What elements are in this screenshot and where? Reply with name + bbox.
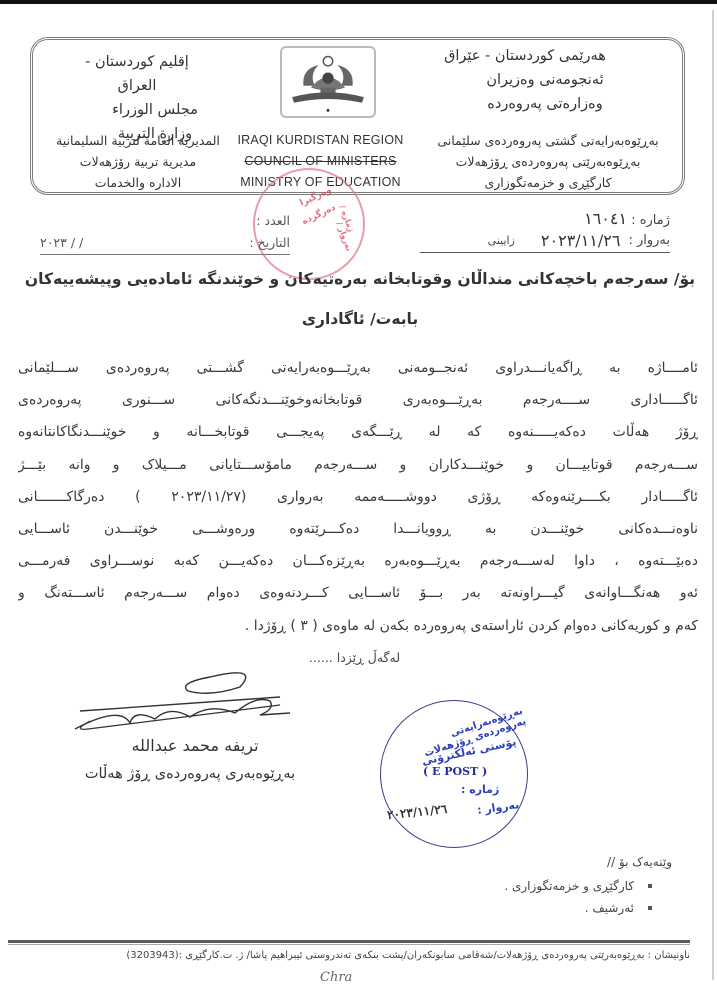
footer-divider-thin [8,944,690,945]
body-line: ئاگـــــادار بکــــرێنەوەکە ڕۆژی دووشـــ… [18,481,698,513]
arabic-number-label: العدد : [256,213,290,228]
body-line: کەم و کوریەکانی دەوام کردن ئاراستەی پەرو… [18,610,698,642]
stamp-number-label: ژمارە : [461,783,499,796]
letter-body: ئامــــاژە بە ڕاگەیانـــدراوی ئەنجــومەن… [18,352,698,642]
stamp-date-label: بەروار : [476,798,520,817]
body-line: ئامــــاژە بە ڕاگەیانـــدراوی ئەنجــومەن… [18,352,698,384]
letterhead-kurdish-sub: بەڕێوەبەرایەتی گشتی پەروەردەی سلێمانی بە… [418,130,678,193]
arabic-region: إقليم كوردستان - العراق [77,50,197,98]
arabic-reference: العدد : التاريخ : / / ٢٠٢٣ [40,210,290,255]
footer-brand: Chra [320,970,352,985]
kurdish-date-label: بەروار : [628,230,670,252]
body-line: ڕۆژ هەڵات دەکەیـــــنەوە کە لە ڕێـــگەی … [18,416,698,448]
footer-address: ناونیشان : بەڕێوەبەرێتی پەروەردەی ڕۆژهەل… [30,950,690,961]
arabic-date-value: / / ٢٠٢٣ [40,232,83,254]
kurdish-directorate-general: بەڕێوەبەرایەتی گشتی پەروەردەی سلێمانی [418,130,678,151]
letterhead-arabic-sub: المديرية العامة لتربية السليمانية مديرية… [38,130,238,193]
arabic-department: الاداره والخدمات [38,172,238,193]
copy-item: کارگێڕی و خزمەتگوزاری . [440,875,652,897]
closing-regards: لەگەڵ ڕێزدا ...... [200,650,400,665]
body-line: ناوەنـــدەکانی خوێنـــدن بە ڕوویانـــدا … [18,513,698,545]
body-line: ئەو هەنگـــاوانەی گیـــراونەتە بەر بـــۆ… [18,577,698,609]
kurdish-date-row: بەروار : ٢٠٢٣/١١/٢٦ زایینی [420,230,670,253]
kurdish-directorate: بەڕێوەبەرێتی پەروەردەی ڕۆژهەلات [418,151,678,172]
kurdish-number-value: ١٦٠٤١ [584,209,627,228]
letterhead-kurdish: هەرێمی کوردستان - عێراق ئەنجومەنی وەزیرا… [440,44,650,116]
kurdish-council: ئەنجومەنی وەزیران [440,68,650,92]
kurdish-number-row: ژمارە : ١٦٠٤١ [420,208,670,230]
body-line: ئاگـــــاداری ســــەرجەم بەڕێـــوەبەری ق… [18,384,698,416]
body-line: دەبێـــتەوە ، داوا لەســـەرجەم بەڕێـــوە… [18,545,698,577]
subject-line: بابەت/ ئاگاداری [20,310,700,328]
kurdish-number-label: ژمارە : [631,213,670,228]
kurdish-reference: ژمارە : ١٦٠٤١ بەروار : ٢٠٢٣/١١/٢٦ زایینی [420,208,670,253]
arabic-date-label: التاريخ : [249,232,290,254]
body-line: ســـەرجەم قوتابیـــان و خوێنـــدکاران و … [18,449,698,481]
top-border [0,0,717,4]
arabic-council: مجلس الوزراء [95,98,215,122]
stamp-epost-english: ( E POST ) [423,765,487,778]
copies-title: وێنەیەک بۆ // [440,855,672,869]
copies-list: کارگێڕی و خزمەتگوزاری . ئەرشیف . [440,875,672,919]
copies-section: وێنەیەک بۆ // کارگێڕی و خزمەتگوزاری . ئە… [440,855,672,919]
handwritten-signature [60,665,300,735]
kurdistan-emblem-icon [280,46,376,118]
arabic-number-row: العدد : [40,210,290,232]
kurdish-date-suffix: زایینی [488,230,515,252]
kurdish-region: هەرێمی کوردستان - عێراق [420,44,630,68]
epost-stamp: بەڕێوەبەرایەتی پەروەردەی ڕۆژهەلات پۆستی … [380,700,528,848]
recipient-line: بۆ/ سەرجەم باخچەکانی منداڵان وقوتابخانە … [20,270,700,288]
english-region: IRAQI KURDISTAN REGION [228,130,413,151]
signatory-title: بەڕێوەبەری پەروەردەی ڕۆژ هەڵات [65,766,315,782]
page-edge [712,10,714,980]
footer-divider [8,940,690,943]
signatory-name: تریفە محمد عبداللە [95,736,295,755]
arabic-directorate-general: المديرية العامة لتربية السليمانية [38,130,238,151]
kurdish-department: کارگێڕی و خزمەتگوزاری [418,172,678,193]
arabic-date-row: التاريخ : / / ٢٠٢٣ [40,232,290,255]
kurdish-date-value: ٢٠٢٣/١١/٢٦ [541,230,621,252]
kurdish-ministry: وەزارەتی پەروەردە [440,92,650,116]
stamp-date-value: ٢٠٢٣/١١/٢٦ [386,802,447,822]
arabic-directorate: مديرية تربية رۆژهەلات [38,151,238,172]
copy-item: ئەرشیف . [440,897,652,919]
